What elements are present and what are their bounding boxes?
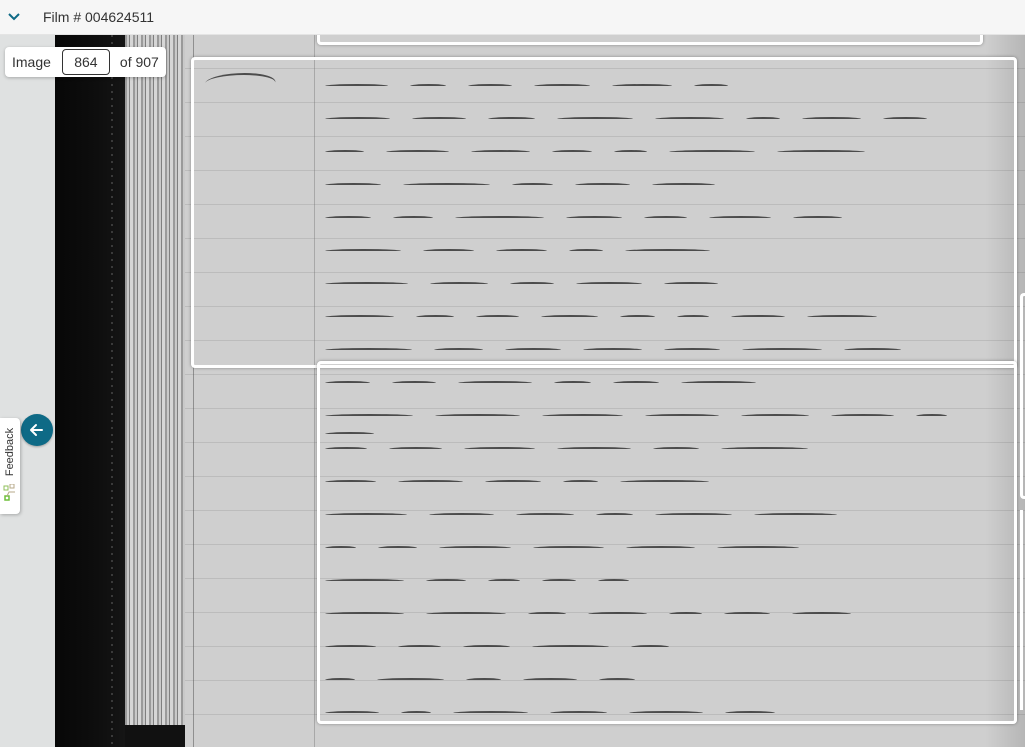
film-perforation: [111, 35, 113, 747]
chevron-down-icon[interactable]: [7, 10, 21, 24]
family-tree-icon: [3, 484, 17, 504]
film-header: Film # 004624511: [0, 0, 1025, 35]
image-label: Image: [12, 54, 51, 70]
film-title: Film # 004624511: [43, 9, 154, 25]
book-page-edges: [125, 35, 185, 725]
feedback-label: Feedback: [4, 422, 16, 482]
record-highlight-2[interactable]: [191, 57, 1017, 368]
feedback-tab[interactable]: Feedback: [0, 418, 20, 514]
arrow-left-icon: [29, 422, 45, 438]
next-region-edge: [1020, 293, 1025, 499]
image-counter: Image of 907: [5, 47, 166, 77]
next-region-edge-2: [1020, 510, 1025, 710]
image-viewer[interactable]: [55, 35, 1025, 747]
film-border: [55, 35, 125, 747]
image-number-input[interactable]: [62, 49, 110, 75]
image-total: of 907: [120, 54, 159, 70]
back-button[interactable]: [21, 414, 53, 446]
left-panel: [0, 35, 55, 747]
record-highlight-1[interactable]: [317, 35, 983, 45]
record-highlight-3[interactable]: [317, 361, 1017, 724]
